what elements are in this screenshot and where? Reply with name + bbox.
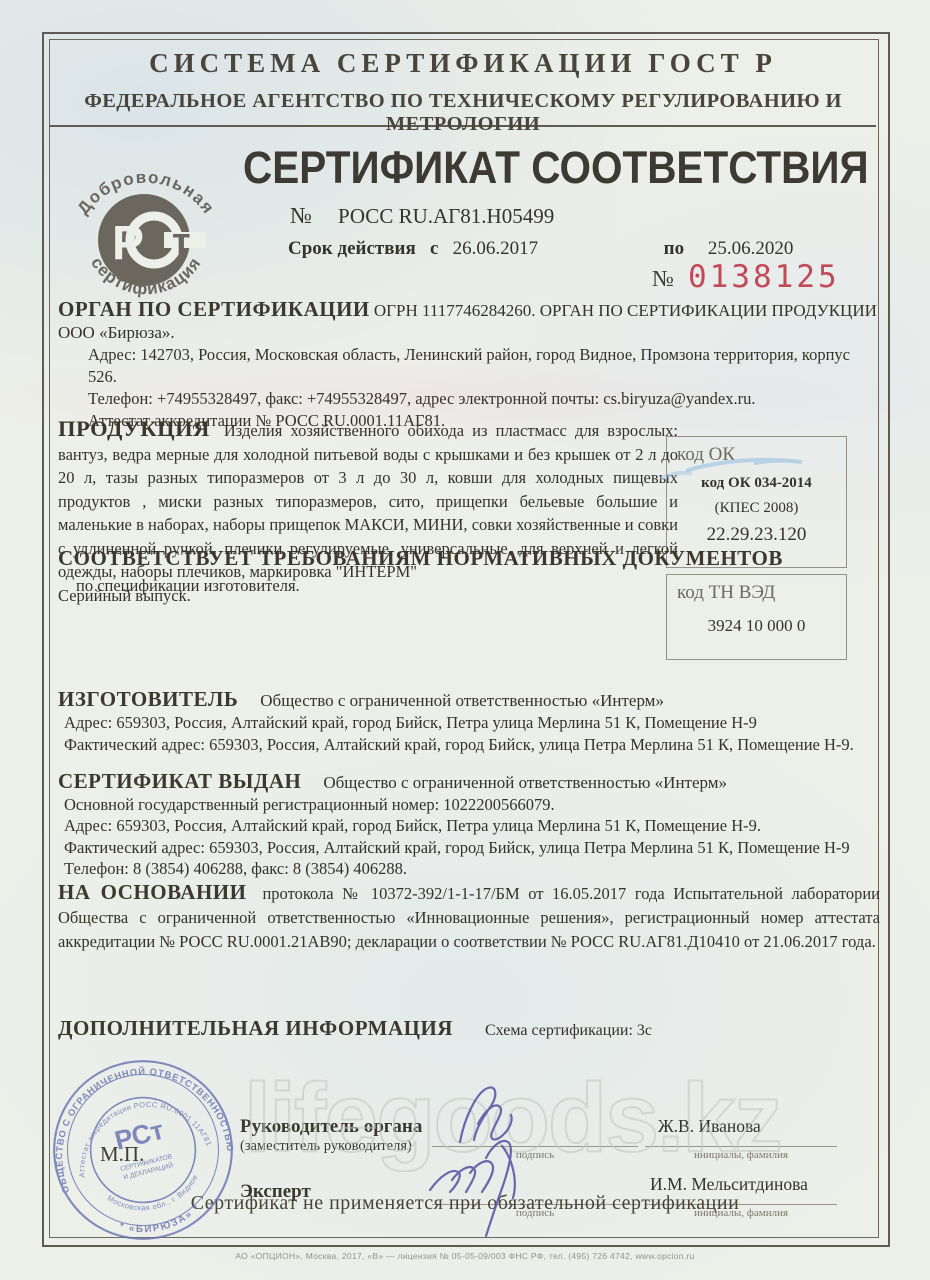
basis-heading: НА ОСНОВАНИИ bbox=[58, 880, 246, 904]
validity-label: Срок действия bbox=[288, 238, 416, 259]
tn-ved-value: 3924 10 000 0 bbox=[667, 616, 846, 636]
blank-number-sign: № bbox=[652, 266, 674, 292]
certification-body-section: ОРГАН ПО СЕРТИФИКАЦИИ ОГРН 1117746284260… bbox=[58, 298, 880, 432]
certificate-page: СИСТЕМА СЕРТИФИКАЦИИ ГОСТ Р ФЕДЕРАЛЬНОЕ … bbox=[0, 0, 930, 1280]
logo-letter-t: т bbox=[172, 221, 191, 263]
manufacturer-section: ИЗГОТОВИТЕЛЬОбщество с ограниченной отве… bbox=[58, 688, 880, 756]
ok-code-value: 22.29.23.120 bbox=[667, 524, 846, 546]
issued-to-heading: СЕРТИФИКАТ ВЫДАН bbox=[58, 769, 301, 793]
rst-logo: Добровольная сертификация Р т bbox=[58, 136, 242, 308]
validity-to-label: по bbox=[664, 238, 684, 259]
issued-to-address: Адрес: 659303, Россия, Алтайский край, г… bbox=[64, 815, 880, 837]
logo-letter-p: Р bbox=[112, 217, 144, 270]
certificate-number-line: №РОСС RU.АГ81.Н05499 bbox=[290, 203, 554, 229]
certificate-title: СЕРТИФИКАТ СООТВЕТСТВИЯ bbox=[243, 142, 869, 194]
issued-to-actual-address: Фактический адрес: 659303, Россия, Алтай… bbox=[64, 837, 880, 859]
ok-code-line2: (КПЕС 2008) bbox=[667, 500, 846, 517]
issued-to-section: СЕРТИФИКАТ ВЫДАНОбщество с ограниченной … bbox=[58, 771, 880, 880]
print-house-footer: АО «ОПЦИОН», Москва, 2017, «В» — лицензи… bbox=[0, 1251, 930, 1261]
manufacturer-heading: ИЗГОТОВИТЕЛЬ bbox=[58, 687, 238, 711]
number-sign: № bbox=[290, 203, 312, 228]
expert-signature bbox=[420, 1128, 590, 1243]
agency-title: ФЕДЕРАЛЬНОЕ АГЕНТСТВО ПО ТЕХНИЧЕСКОМУ РЕ… bbox=[50, 90, 876, 136]
manufacturer-name: Общество с ограниченной ответственностью… bbox=[260, 691, 664, 710]
validity-from-date: 26.06.2017 bbox=[453, 238, 539, 259]
additional-info-section: ДОПОЛНИТЕЛЬНАЯ ИНФОРМАЦИЯ Схема сертифик… bbox=[58, 1016, 652, 1041]
tn-ved-label: код ТН ВЭД bbox=[677, 582, 846, 604]
validity-from-label: с bbox=[430, 238, 438, 259]
issued-to-phone: Телефон: 8 (3854) 406288, факс: 8 (3854)… bbox=[64, 858, 880, 880]
certification-body-address: Адрес: 142703, Россия, Московская област… bbox=[88, 344, 880, 388]
certification-body-phone: Телефон: +74955328497, факс: +7495532849… bbox=[88, 388, 880, 410]
compliance-text: по спецификации изготовителя. bbox=[76, 576, 300, 596]
tn-ved-box: код ТН ВЭД 3924 10 000 0 bbox=[666, 574, 847, 660]
blank-number: 0138125 bbox=[688, 259, 840, 295]
basis-section: НА ОСНОВАНИИпротокола № 10372-392/1-1-17… bbox=[58, 880, 880, 954]
system-title: СИСТЕМА СЕРТИФИКАЦИИ ГОСТ Р bbox=[50, 48, 876, 79]
stamp-place-label: М.П. bbox=[100, 1142, 144, 1167]
pen-scribble bbox=[660, 448, 860, 488]
certificate-number: РОСС RU.АГ81.Н05499 bbox=[338, 204, 554, 228]
additional-info-heading: ДОПОЛНИТЕЛЬНАЯ ИНФОРМАЦИЯ bbox=[58, 1016, 453, 1040]
product-heading: ПРОДУКЦИЯ bbox=[58, 416, 210, 441]
validity-line: Срок действия с 26.06.2017 по 25.06.2020 bbox=[288, 238, 793, 260]
certification-scheme: Схема сертификации: 3с bbox=[485, 1022, 652, 1039]
validity-to-date: 25.06.2020 bbox=[708, 238, 794, 259]
compliance-heading: СООТВЕТСТВУЕТ ТРЕБОВАНИЯМ НОРМАТИВНЫХ ДО… bbox=[58, 546, 783, 571]
issued-to-ogrn: Основной государственный регистрационный… bbox=[64, 794, 880, 816]
manufacturer-actual-address: Фактический адрес: 659303, Россия, Алтай… bbox=[64, 734, 880, 756]
issued-to-name: Общество с ограниченной ответственностью… bbox=[323, 773, 727, 792]
manufacturer-address: Адрес: 659303, Россия, Алтайский край, г… bbox=[64, 712, 880, 734]
certification-body-heading: ОРГАН ПО СЕРТИФИКАЦИИ bbox=[58, 297, 370, 321]
